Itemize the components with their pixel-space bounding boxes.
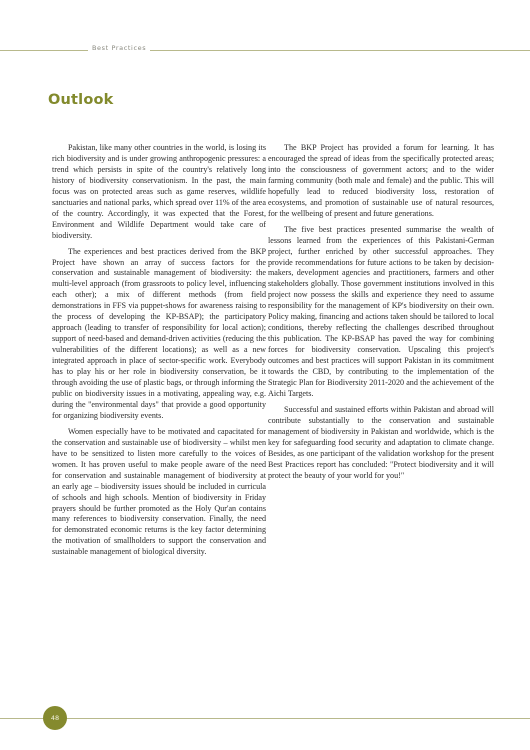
header-rule xyxy=(0,50,530,51)
paragraph: Pakistan, like many other countries in t… xyxy=(52,143,266,242)
running-header: Best Practices xyxy=(88,44,150,52)
paragraph: Women especially have to be motivated an… xyxy=(52,427,266,558)
page-number-badge: 48 xyxy=(43,706,67,730)
page-number: 48 xyxy=(51,714,59,722)
footer-rule xyxy=(0,718,530,719)
paragraph: The BKP Project has provided a forum for… xyxy=(268,143,494,220)
left-column: Pakistan, like many other countries in t… xyxy=(52,143,266,563)
paragraph: The experiences and best practices deriv… xyxy=(52,247,266,422)
paragraph: The five best practices presented summar… xyxy=(268,225,494,400)
page-title: Outlook xyxy=(48,92,114,108)
paragraph: Successful and sustained efforts within … xyxy=(268,405,494,482)
right-column: The BKP Project has provided a forum for… xyxy=(268,143,494,487)
